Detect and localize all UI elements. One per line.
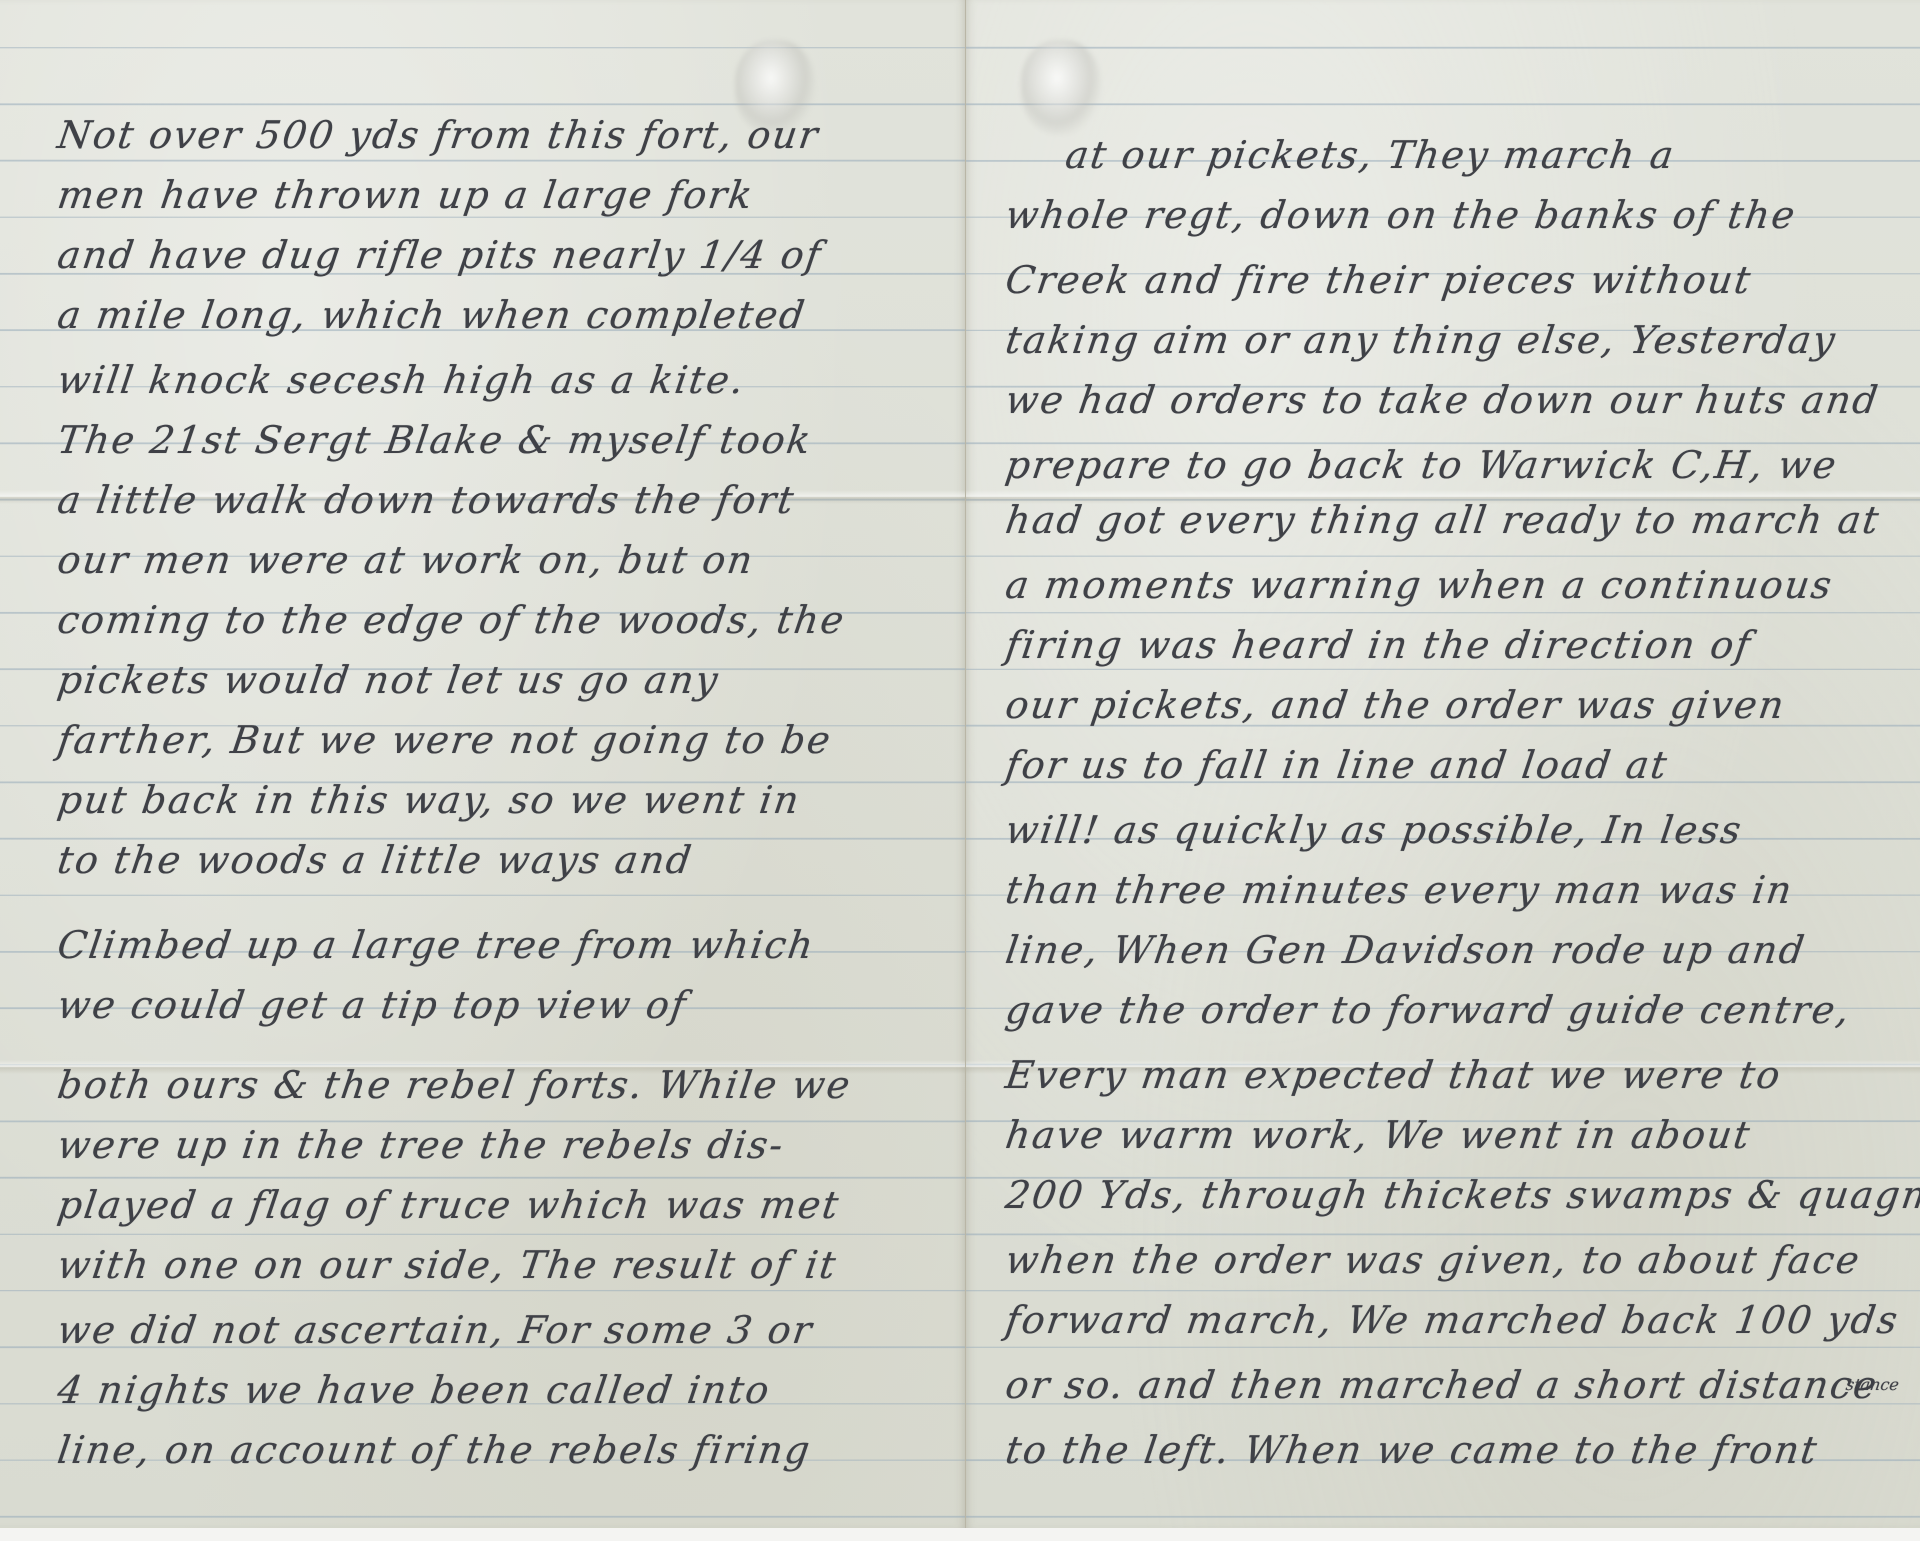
- handwritten-line: we could get a tip top view of: [55, 983, 690, 1027]
- handwritten-line: coming to the edge of the woods, the: [55, 598, 848, 642]
- handwritten-line: a mile long, which when completed: [55, 293, 809, 337]
- handwritten-line: whole regt, down on the banks of the: [1002, 193, 1799, 237]
- handwritten-line: taking aim or any thing else, Yesterday: [1002, 318, 1839, 362]
- left-page: Not over 500 yds from this fort, our men…: [0, 0, 966, 1528]
- handwritten-line: firing was heard in the direction of: [1002, 623, 1754, 667]
- handwritten-line: men have thrown up a large fork: [55, 173, 757, 217]
- handwritten-line: with one on our side, The result of it: [55, 1243, 840, 1287]
- ruled-lines: [0, 0, 965, 1528]
- handwritten-line: both ours & the rebel forts. While we: [55, 1063, 855, 1107]
- handwritten-line: 200 Yds, through thickets swamps & quagm…: [1002, 1173, 1920, 1217]
- handwritten-line: farther, But we were not going to be: [55, 718, 835, 762]
- handwritten-line: forward march, We marched back 100 yds: [1002, 1298, 1901, 1342]
- handwritten-line: Climbed up a large tree from which: [55, 923, 818, 967]
- handwritten-line: have warm work, We went in about: [1002, 1113, 1753, 1157]
- handwritten-line: we had orders to take down our huts and: [1002, 378, 1881, 422]
- handwritten-line: played a flag of truce which was met: [55, 1183, 843, 1227]
- handwritten-line: for us to fall in line and load at: [1002, 743, 1670, 787]
- handwritten-line: a moments warning when a continuous: [1002, 563, 1835, 607]
- handwritten-line: pickets would not let us go any: [55, 658, 722, 702]
- handwritten-line: were up in the tree the rebels dis-: [55, 1123, 788, 1167]
- handwritten-line: a little walk down towards the fort: [55, 478, 798, 522]
- handwritten-line: had got every thing all ready to march a…: [1002, 498, 1882, 542]
- handwritten-line: our pickets, and the order was given: [1002, 683, 1788, 727]
- handwritten-line: to the woods a little ways and: [55, 838, 696, 882]
- handwritten-line: line, on account of the rebels firing: [55, 1428, 814, 1472]
- handwritten-line: or so. and then marched a short distance: [1002, 1363, 1880, 1407]
- handwritten-line: Not over 500 yds from this fort, our: [55, 113, 822, 157]
- right-page: at our pickets, They march a whole regt,…: [966, 0, 1920, 1528]
- handwritten-line: we did not ascertain, For some 3 or: [55, 1308, 816, 1352]
- handwritten-line: will knock secesh high as a kite.: [55, 358, 748, 402]
- handwritten-line: The 21st Sergt Blake & myself took: [55, 418, 815, 462]
- handwritten-line: than three minutes every man was in: [1002, 868, 1795, 912]
- scan-edge: [0, 1528, 1920, 1541]
- interlinear-insertion: stance: [1844, 1375, 1900, 1394]
- handwritten-line: our men were at work on, but on: [55, 538, 757, 582]
- handwritten-line: put back in this way, so we went in: [55, 778, 804, 822]
- handwritten-line: gave the order to forward guide centre,: [1002, 988, 1853, 1032]
- embossed-stamp-icon: [1021, 40, 1101, 135]
- handwritten-line: line, When Gen Davidson rode up and: [1002, 928, 1808, 972]
- handwritten-line: and have dug rifle pits nearly 1/4 of: [55, 233, 825, 277]
- handwritten-line: Creek and fire their pieces without: [1002, 258, 1754, 302]
- handwritten-line: when the order was given, to about face: [1002, 1238, 1863, 1282]
- handwritten-line: Every man expected that we were to: [1002, 1053, 1784, 1097]
- handwritten-line: at our pickets, They march a: [1062, 133, 1677, 177]
- handwritten-line: to the left. When we came to the front: [1002, 1428, 1820, 1472]
- handwritten-line: 4 nights we have been called into: [55, 1368, 774, 1412]
- handwritten-line: prepare to go back to Warwick C,H, we: [1002, 443, 1840, 487]
- handwritten-line: will! as quickly as possible, In less: [1002, 808, 1745, 852]
- letter-spread: Not over 500 yds from this fort, our men…: [0, 0, 1920, 1528]
